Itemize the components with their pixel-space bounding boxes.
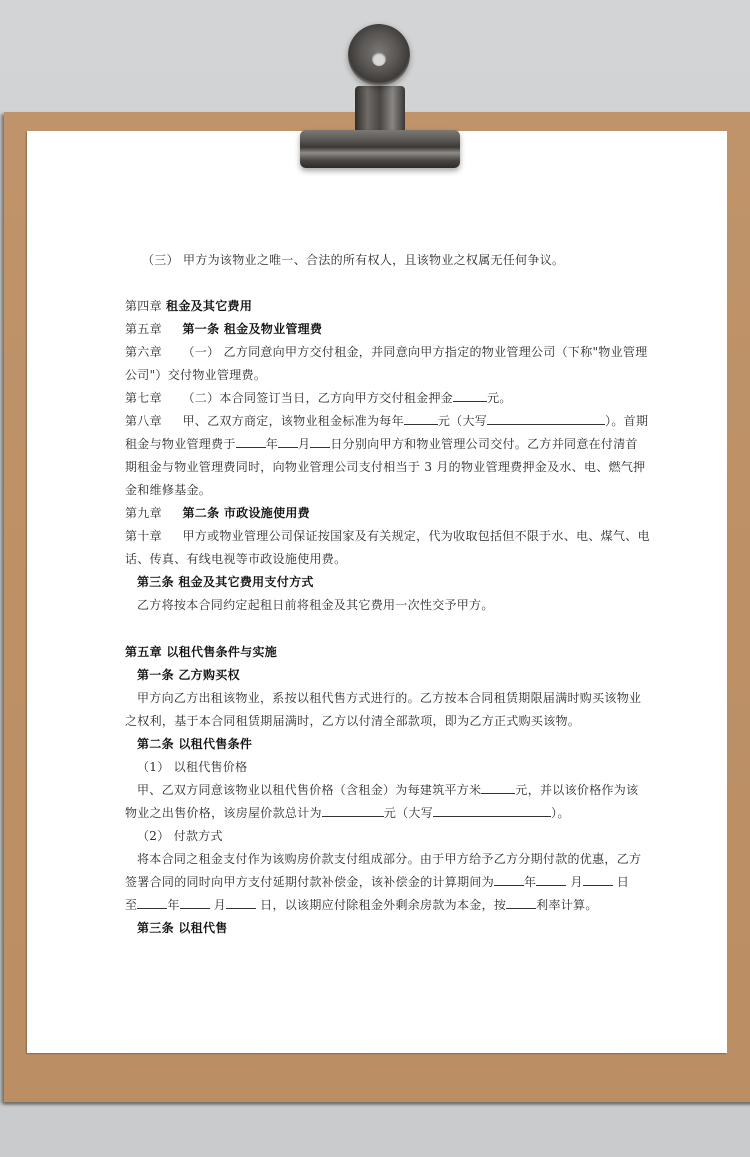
section-heading: 第一条 乙方购买权 (137, 668, 240, 682)
line-text: 年 (167, 898, 179, 912)
line-text: 日 (613, 875, 629, 889)
document-line: 乙方将按本合同约定起租日前将租金及其它费用一次性交予甲方。 (137, 597, 494, 613)
document-line: 甲、乙双方同意该物业以租代售价格（含租金）为每建筑平方米元，并以该价格作为该 (137, 782, 638, 798)
document-line: （1） 以租代售价格 (137, 759, 247, 775)
fill-in-blank (322, 805, 384, 817)
fill-in-blank (180, 897, 210, 909)
line-text: 第九章 (125, 506, 182, 520)
section-heading: 租金及其它费用 (166, 299, 252, 313)
document-line: 第三条 租金及其它费用支付方式 (137, 574, 314, 590)
line-text: 乙方将按本合同约定起租日前将租金及其它费用一次性交予甲方。 (137, 598, 494, 612)
document-line: 第五章 第一条 租金及物业管理费 (125, 321, 322, 337)
line-text: ）。首期 (605, 414, 648, 428)
fill-in-blank (404, 413, 438, 425)
line-text: 将本合同之租金支付作为该购房价款支付组成部分。由于甲方给予乙方分期付款的优惠，乙… (137, 852, 641, 866)
section-heading: 第三条 租金及其它费用支付方式 (137, 575, 314, 589)
fill-in-blank (453, 390, 487, 402)
clip-neck (355, 86, 405, 136)
document-line: 第四章 租金及其它费用 (125, 298, 252, 314)
line-text: 公司"）交付物业管理费。 (125, 368, 266, 382)
document-line: 第一条 乙方购买权 (137, 667, 240, 683)
section-heading: 第二条 以租代售条件 (137, 737, 252, 751)
document-line: 话、传真、有线电视等市政设施使用费。 (125, 551, 346, 567)
document-line: 第二条 以租代售条件 (137, 736, 252, 752)
fill-in-blank (536, 874, 566, 886)
clip-hole (372, 52, 386, 66)
fill-in-blank (487, 413, 605, 425)
line-text: 第七章 （二）本合同签订当日，乙方向甲方交付租金押金 (125, 391, 453, 405)
fill-in-blank (494, 874, 524, 886)
line-text: 期租金与物业管理费同时，向物业管理公司支付相当于 3 月的物业管理费押金及水、电… (125, 460, 645, 474)
fill-in-blank (433, 805, 551, 817)
document-line: 甲方向乙方出租该物业，系按以租代售方式进行的。乙方按本合同租赁期限届满时购买该物… (137, 690, 641, 706)
line-text: ）。 (551, 806, 570, 820)
fill-in-blank (137, 897, 167, 909)
line-text: 第八章 甲、乙双方商定，该物业租金标准为每年 (125, 414, 404, 428)
document-line: （2） 付款方式 (137, 828, 223, 844)
line-text: （三） 甲方为该物业之唯一、合法的所有权人，且该物业之权属无任何争议。 (142, 253, 564, 267)
document-line: 第六章 （一） 乙方同意向甲方交付租金，并同意向甲方指定的物业管理公司（下称"物… (125, 344, 648, 360)
line-text: 签署合同的同时向甲方支付延期付款补偿金，该补偿金的计算期间为 (125, 875, 494, 889)
document-line: 期租金与物业管理费同时，向物业管理公司支付相当于 3 月的物业管理费押金及水、电… (125, 459, 645, 475)
line-text: 月 (298, 437, 310, 451)
document-page (27, 131, 727, 1053)
line-text: 元（大写 (384, 806, 433, 820)
line-text: 利率计算。 (536, 898, 598, 912)
line-text: 话、传真、有线电视等市政设施使用费。 (125, 552, 346, 566)
line-text: 元（大写 (438, 414, 487, 428)
document-line: （三） 甲方为该物业之唯一、合法的所有权人，且该物业之权属无任何争议。 (142, 252, 564, 268)
document-line: 签署合同的同时向甲方支付延期付款补偿金，该补偿金的计算期间为年 月 日 (125, 874, 629, 890)
line-text: 至 (125, 898, 137, 912)
line-text: 第十章 甲方或物业管理公司保证按国家及有关规定，代为收取包括但不限于水、电、煤气… (125, 529, 650, 543)
line-text: 第五章 (125, 322, 182, 336)
document-line: 第九章 第二条 市政设施使用费 (125, 505, 310, 521)
line-text: 甲、乙双方同意该物业以租代售价格（含租金）为每建筑平方米 (137, 783, 481, 797)
line-text: 元，并以该价格作为该 (515, 783, 638, 797)
fill-in-blank (310, 436, 330, 448)
line-text: 物业之出售价格，该房屋价款总计为 (125, 806, 322, 820)
document-line: 公司"）交付物业管理费。 (125, 367, 266, 383)
line-text: 日，以该期应付除租金外剩余房款为本金，按 (256, 898, 506, 912)
section-heading: 第三条 以租代售 (137, 921, 228, 935)
fill-in-blank (506, 897, 536, 909)
line-text: 元。 (487, 391, 512, 405)
line-text: 金和维修基金。 (125, 483, 211, 497)
line-text: 年 (524, 875, 536, 889)
document-line: 至年 月 日，以该期应付除租金外剩余房款为本金，按利率计算。 (125, 897, 598, 913)
fill-in-blank (481, 782, 515, 794)
line-text: 租金与物业管理费于 (125, 437, 236, 451)
section-heading: 第二条 市政设施使用费 (182, 506, 309, 520)
line-text: 之权利，基于本合同租赁期届满时，乙方以付清全部款项，即为乙方正式购买该物。 (125, 714, 580, 728)
document-line: 将本合同之租金支付作为该购房价款支付组成部分。由于甲方给予乙方分期付款的优惠，乙… (137, 851, 641, 867)
document-line: 第五章 以租代售条件与实施 (125, 644, 277, 660)
document-line: 第八章 甲、乙双方商定，该物业租金标准为每年元（大写）。首期 (125, 413, 648, 429)
fill-in-blank (583, 874, 613, 886)
line-text: 月 (210, 898, 226, 912)
fill-in-blank (236, 436, 266, 448)
document-line: 第三条 以租代售 (137, 920, 228, 936)
document-line: 之权利，基于本合同租赁期届满时，乙方以付清全部款项，即为乙方正式购买该物。 (125, 713, 580, 729)
clip-jaw (300, 130, 460, 168)
section-heading: 第五章 以租代售条件与实施 (125, 645, 277, 659)
line-text: （1） 以租代售价格 (137, 760, 247, 774)
document-line: 物业之出售价格，该房屋价款总计为元（大写）。 (125, 805, 570, 821)
line-text: （2） 付款方式 (137, 829, 223, 843)
line-text: 日分别向甲方和物业管理公司交付。乙方并同意在付清首 (330, 437, 638, 451)
document-line: 金和维修基金。 (125, 482, 211, 498)
line-text: 月 (566, 875, 582, 889)
line-text: 第四章 (125, 299, 166, 313)
fill-in-blank (226, 897, 256, 909)
line-text: 甲方向乙方出租该物业，系按以租代售方式进行的。乙方按本合同租赁期限届满时购买该物… (137, 691, 641, 705)
document-line: 第七章 （二）本合同签订当日，乙方向甲方交付租金押金元。 (125, 390, 512, 406)
line-text: 年 (266, 437, 278, 451)
line-text: 第六章 （一） 乙方同意向甲方交付租金，并同意向甲方指定的物业管理公司（下称"物… (125, 345, 648, 359)
section-heading: 第一条 租金及物业管理费 (182, 322, 322, 336)
fill-in-blank (278, 436, 298, 448)
document-line: 第十章 甲方或物业管理公司保证按国家及有关规定，代为收取包括但不限于水、电、煤气… (125, 528, 650, 544)
document-line: 租金与物业管理费于年月日分别向甲方和物业管理公司交付。乙方并同意在付清首 (125, 436, 638, 452)
